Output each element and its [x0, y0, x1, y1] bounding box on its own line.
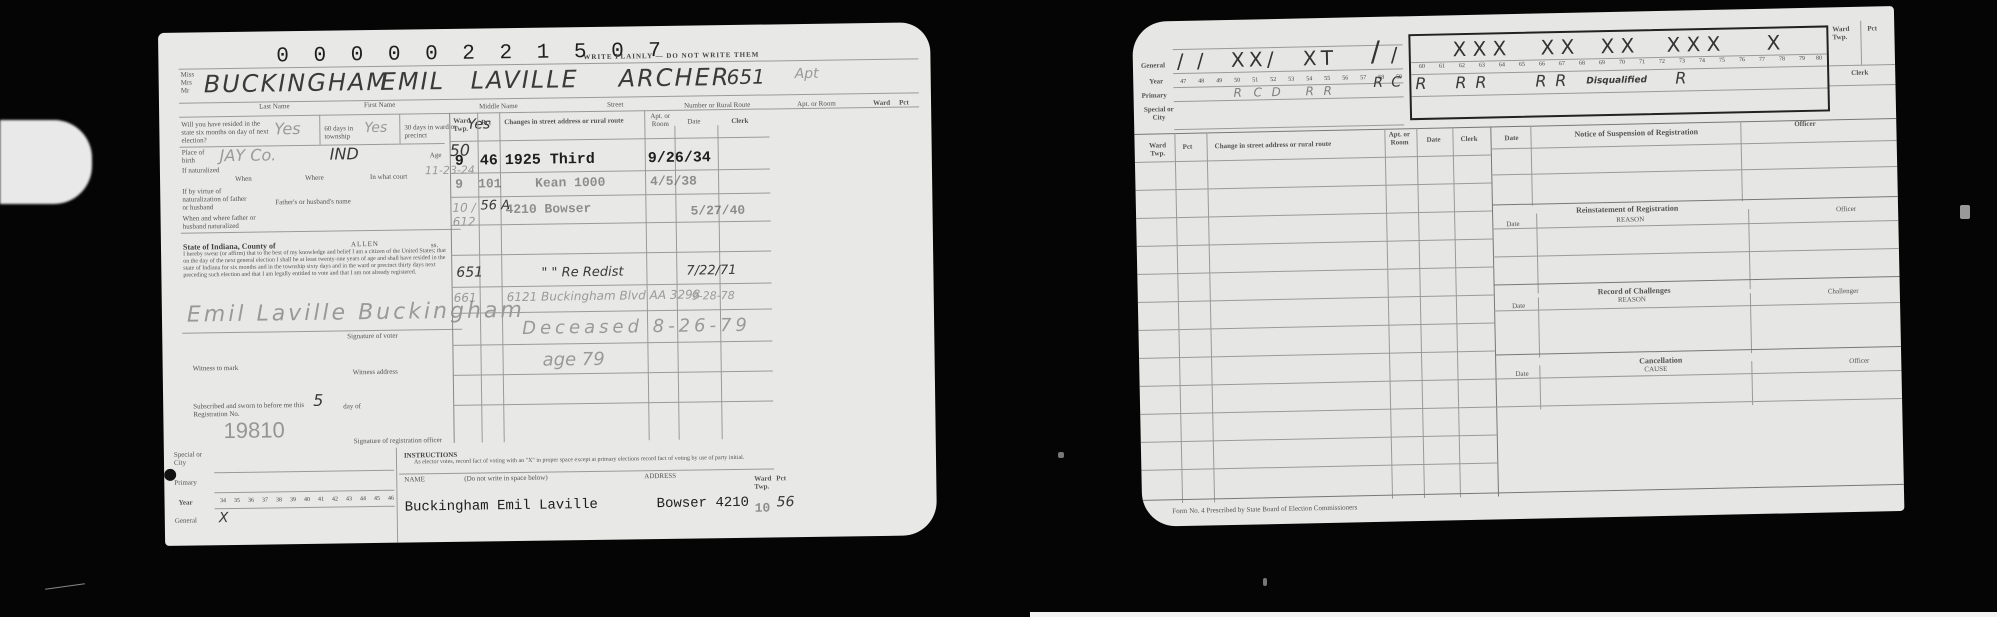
do-not-write-label: (Do not write in space below)	[464, 474, 548, 483]
divider	[1141, 434, 1497, 442]
scan-edge-strip	[1030, 612, 1997, 617]
challenger-label: Challenger	[1828, 287, 1859, 296]
general-vote-mark: X	[219, 510, 229, 526]
number-symbol: Nº	[158, 421, 161, 448]
witness-address-label: Witness address	[353, 368, 398, 377]
divider	[399, 114, 400, 144]
divider	[1829, 64, 1895, 66]
typed-voter-address: Bowser 4210	[657, 495, 750, 512]
divider	[450, 168, 770, 173]
suspension-officer-label: Officer	[1794, 120, 1816, 128]
right-header-clerk: Clerk	[1460, 135, 1477, 143]
divider	[451, 220, 771, 225]
divider	[1174, 96, 1404, 102]
divider	[399, 468, 774, 474]
age-label: Age	[430, 151, 442, 159]
registration-number-value: 19810	[223, 417, 285, 444]
divider	[1142, 484, 1904, 501]
typed-voter-name: Buckingham Emil Laville	[405, 497, 598, 516]
divider	[1173, 68, 1403, 74]
witness-label: Witness to mark	[193, 364, 239, 373]
last-name-value: BUCKINGHAM	[204, 68, 390, 99]
divider	[1138, 322, 1494, 330]
deceased-note: Deceased 8-26-79	[522, 315, 751, 339]
typed-ward: 10	[755, 500, 771, 515]
grid-label-special: Special or City	[1144, 105, 1174, 122]
election-grid-1960-1980: 60 61 62 63 64 65 66 67 68 69 70 71 72 7…	[1408, 25, 1830, 120]
changes-header-apt: Apt. or Room	[648, 112, 672, 128]
name-label: NAME	[404, 475, 425, 483]
divider	[452, 340, 772, 345]
changes-row: 651 " " Re Redist 7/22/71	[158, 22, 930, 33]
scan-speck	[1058, 452, 1064, 458]
residency-state-answer: Yes	[274, 119, 300, 138]
divider	[450, 136, 770, 141]
naturalized-when-label: When	[235, 175, 252, 183]
apt-value: Apt	[795, 66, 819, 82]
divider	[1135, 155, 1491, 163]
address-label: ADDRESS	[644, 472, 676, 480]
residency-township-answer: Yes	[364, 120, 387, 136]
divider	[1493, 248, 1899, 258]
cancellation-officer-label: Officer	[1849, 357, 1869, 365]
oath-county-value: ALLEN	[351, 240, 379, 248]
divider	[1492, 220, 1898, 230]
divider	[1748, 209, 1751, 289]
suspension-date-label: Date	[1504, 134, 1518, 142]
divider	[1538, 298, 1540, 358]
changes-row: 661 6121 Buckingham Blvd AA 3298 9-28-78	[158, 22, 930, 33]
naturalization-by-virtue-label: If by virtue of naturalization of father…	[182, 187, 252, 212]
divider	[1139, 350, 1495, 358]
first-name-value: EMIL	[381, 67, 446, 96]
scan-artifact-blob	[0, 120, 92, 204]
changes-row: 9 46 1925 Third 9/26/34	[158, 22, 930, 33]
changes-row: 9 101 Kean 1000 4/5/38	[158, 22, 930, 33]
right-header-address: Change in street address or rural route	[1215, 140, 1332, 150]
election-history-grid: Special or City Primary Year General 34 …	[158, 22, 930, 33]
divider	[1412, 87, 1828, 97]
right-header-pct: Pct	[1183, 143, 1193, 151]
pct-label: Pct	[1867, 24, 1877, 32]
disqualified-note: Disqualified	[1586, 75, 1647, 86]
father-naturalized-label: When and where father or husband natural…	[183, 214, 263, 231]
grid-label-year: Year	[1149, 77, 1163, 85]
birth-county-value: JAY Co.	[220, 145, 277, 165]
changes-header-ward: Ward Twp.	[453, 117, 477, 133]
voter-registration-card-front: 0 0 0 0 0 2 2 1 5 0 7 WRITE PLAINLY — DO…	[158, 22, 937, 546]
last-name-label: Last Name	[259, 102, 290, 110]
divider	[1751, 361, 1753, 405]
divider	[451, 250, 771, 255]
divider	[1494, 302, 1900, 312]
divider	[1495, 346, 1901, 356]
street-value: ARCHER	[618, 63, 730, 93]
divider	[1496, 370, 1902, 380]
subscribed-label: Subscribed and sworn to before me this	[193, 401, 304, 411]
divider	[1136, 183, 1492, 191]
divider	[1173, 44, 1403, 50]
street-label: Street	[607, 101, 623, 109]
divider	[1137, 238, 1493, 246]
divider	[453, 370, 773, 375]
day-of-label: day of	[343, 402, 361, 410]
grid-label-primary: Primary	[1141, 91, 1166, 100]
reinstatement-reason-label: REASON	[1616, 215, 1644, 224]
typed-pct: 56	[777, 494, 795, 510]
punch-hole	[164, 469, 176, 481]
cancellation-cause-label: CAUSE	[1644, 365, 1667, 373]
divider	[1539, 366, 1541, 410]
divider	[1137, 266, 1493, 274]
ward-label: Ward	[873, 99, 890, 107]
birthplace-label: Place of birth	[182, 148, 212, 164]
ward-twp-label: Ward Twp.	[1832, 25, 1856, 41]
divider	[1860, 21, 1862, 65]
divider	[1494, 276, 1900, 286]
changes-header-address: Changes in street address or rural route	[504, 117, 623, 127]
naturalized-court-label: In what court	[370, 173, 407, 182]
scan-speck	[1960, 205, 1970, 219]
election-grid-1947-1959: 47 48 49 50 51 52 53 54 55 56 57 58 59 /…	[1132, 6, 1894, 22]
signature-label: Signature of voter	[347, 332, 398, 341]
prefix-labels: MissMrsMr	[181, 70, 195, 94]
scan-scratch	[45, 583, 85, 590]
birth-state-value: IND	[330, 144, 359, 163]
divider	[179, 106, 919, 117]
voter-registration-card-back: General Year Primary Special or City 47 …	[1132, 6, 1904, 527]
right-header-date: Date	[1426, 136, 1440, 144]
instructions-text: As elector votes, record fact of voting …	[414, 455, 764, 467]
residency-township-question: 60 days in township	[324, 124, 364, 141]
middle-name-label: Middle Name	[479, 102, 518, 111]
changes-header-date: Date	[687, 117, 700, 125]
challenges-reason-label: REASON	[1618, 295, 1646, 304]
divider	[453, 400, 773, 405]
divider	[215, 506, 395, 510]
suspension-title: Notice of Suspension of Registration	[1574, 128, 1698, 139]
residency-state-question: Will you have resided in the state six m…	[181, 119, 271, 144]
scan-speck	[1263, 578, 1267, 586]
clerk-label: Clerk	[1851, 69, 1868, 77]
reinstatement-title: Reinstatement of Registration	[1576, 205, 1678, 215]
naturalized-where-label: Where	[305, 174, 324, 182]
divider	[319, 115, 320, 145]
divider	[214, 490, 394, 494]
divider	[1829, 84, 1895, 86]
divider	[450, 192, 770, 197]
age-at-death-note: age 79	[542, 349, 604, 371]
changes-header-clerk: Clerk	[731, 117, 748, 125]
divider	[1536, 214, 1539, 294]
divider	[1140, 406, 1496, 414]
divider	[182, 329, 462, 334]
naturalized-label: If naturalized	[182, 166, 220, 175]
divider	[1740, 121, 1743, 201]
house-number-value: 651	[727, 65, 766, 90]
divider	[1491, 166, 1897, 176]
divider	[452, 282, 772, 287]
grid-label-general: General	[1141, 61, 1165, 70]
reinstatement-officer-label: Officer	[1836, 205, 1856, 213]
divider	[1492, 196, 1898, 206]
oath-text: I hereby swear (or affirm) that to the b…	[183, 248, 453, 280]
divider	[396, 448, 398, 543]
subscribed-day: 5	[313, 391, 323, 410]
right-header-apt: Apt. or Room	[1386, 130, 1412, 147]
divider	[1491, 140, 1897, 150]
fathers-name-label: Father's or husband's name	[275, 197, 351, 206]
divider	[1530, 126, 1533, 206]
form-footer: Form No. 4 Prescribed by State Board of …	[1172, 503, 1357, 515]
changes-header-pct: Pct	[481, 118, 491, 126]
right-header-ward: Ward Twp.	[1145, 141, 1171, 158]
footer-pct-label: Pct	[776, 474, 786, 482]
divider	[1750, 293, 1752, 353]
first-name-label: First Name	[364, 101, 395, 109]
divider	[1134, 118, 1896, 135]
divider	[1140, 378, 1496, 386]
registration-officer-label: Signature of registration officer	[354, 436, 442, 445]
divider	[214, 470, 394, 474]
footer-ward-label: Ward Twp.	[754, 474, 774, 490]
divider	[1136, 211, 1492, 219]
divider	[1141, 462, 1497, 470]
pct-label: Pct	[899, 99, 909, 107]
middle-name-value: LAVILLE	[471, 65, 579, 95]
changes-row: 10 / 612 56 A 4210 Bowser 5/27/40	[158, 22, 930, 33]
divider	[1138, 294, 1494, 302]
divider	[1496, 398, 1902, 408]
